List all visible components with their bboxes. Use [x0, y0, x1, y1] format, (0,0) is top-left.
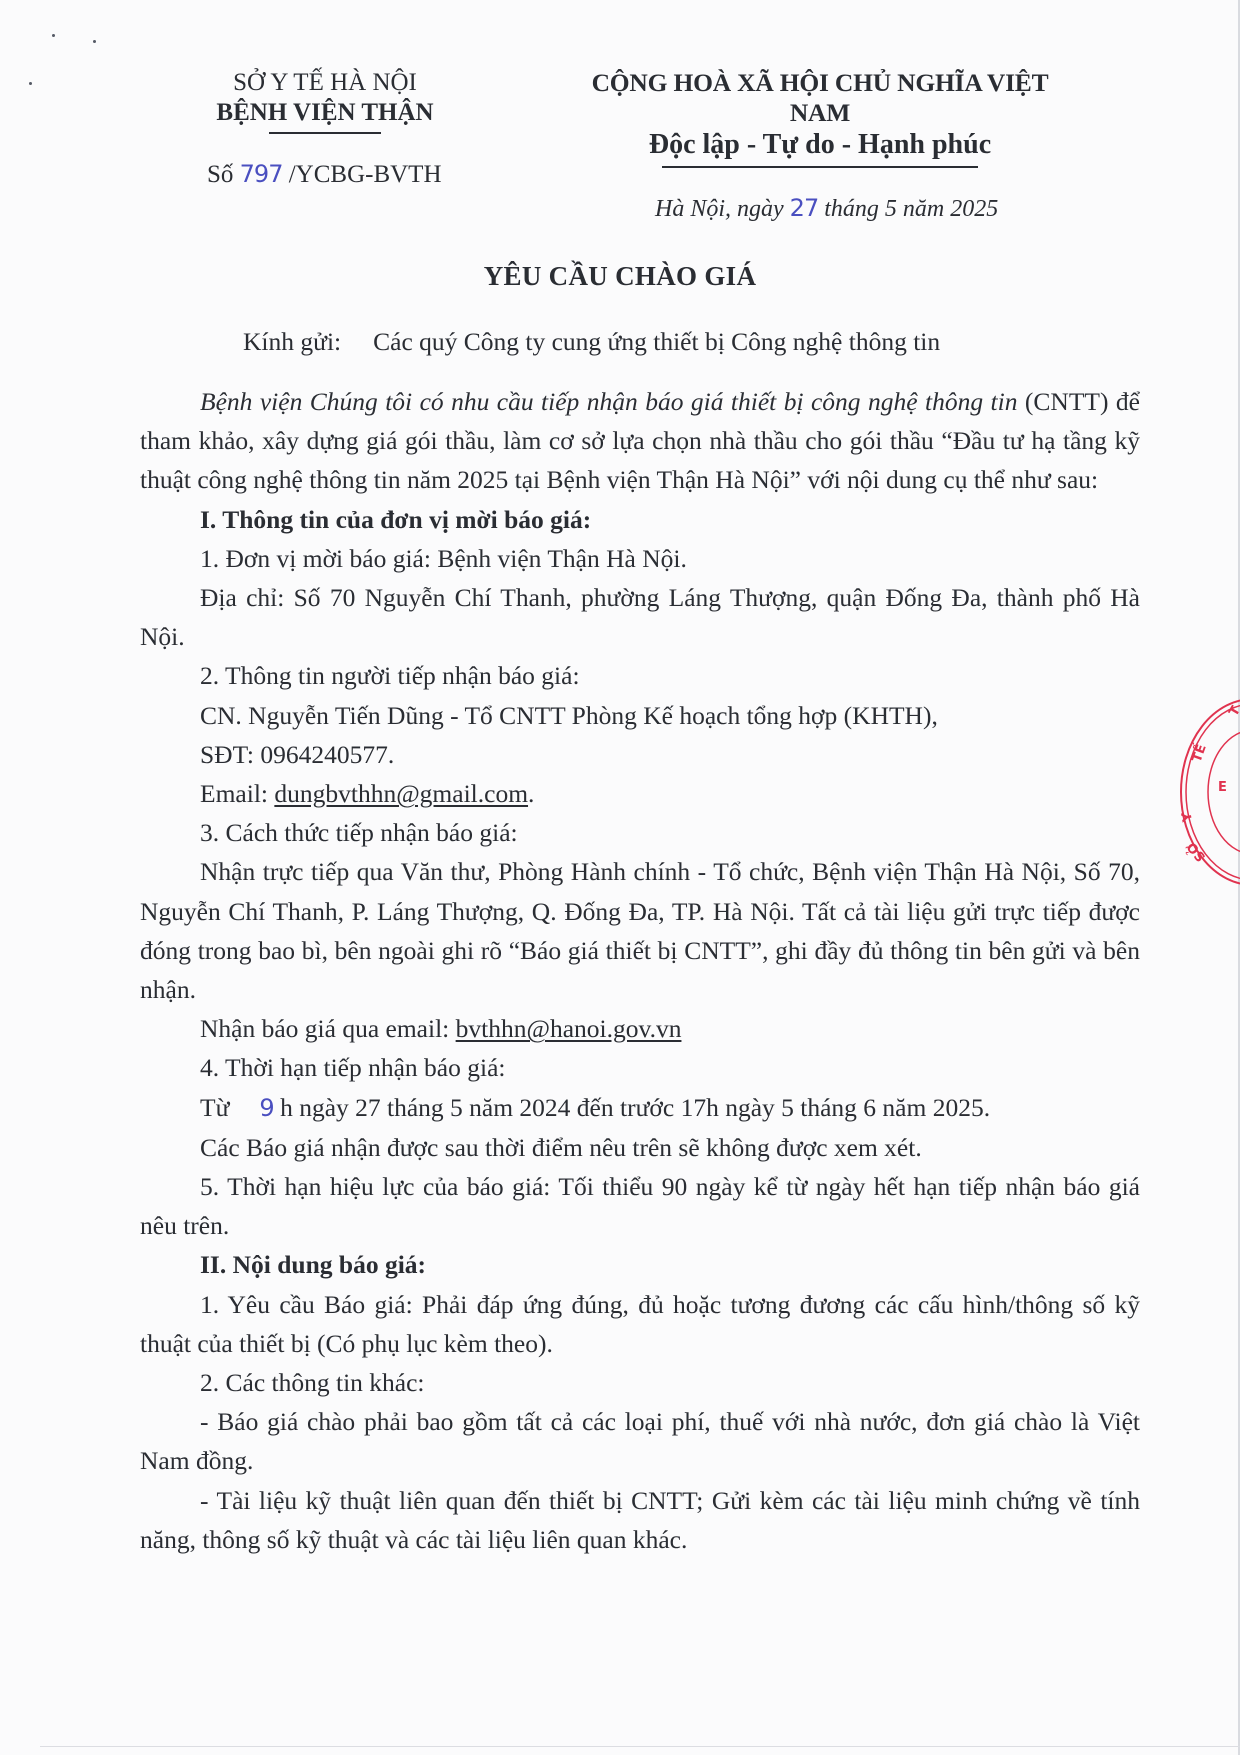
section2-bullet1: - Báo giá chào phải bao gồm tất cả các l… — [140, 1402, 1140, 1480]
document-title: YÊU CẦU CHÀO GIÁ — [0, 261, 1240, 292]
scan-speck — [29, 82, 32, 85]
intro-lead: Bệnh viện Chúng tôi có nhu cầu tiếp nhận… — [200, 387, 1017, 416]
period-hour-handwritten: 9 — [259, 1094, 273, 1122]
section1-address: Địa chỉ: Số 70 Nguyễn Chí Thanh, phường … — [140, 578, 1140, 656]
contact-email-link[interactable]: dungbvthhn@gmail.com — [274, 779, 528, 808]
header-right-underline — [662, 166, 978, 168]
recipient-line: Kính gửi:Các quý Công ty cung ứng thiết … — [243, 326, 940, 358]
period-rest: h ngày 27 tháng 5 năm 2024 đến trước 17h… — [280, 1093, 990, 1122]
header-national-block: CỘNG HOÀ XÃ HỘI CHỦ NGHĨA VIỆT NAM Độc l… — [560, 68, 1080, 168]
receive-direct: Nhận trực tiếp qua Văn thư, Phòng Hành c… — [140, 852, 1140, 1009]
intro-paragraph: Bệnh viện Chúng tôi có nhu cầu tiếp nhận… — [140, 382, 1140, 500]
doc-number-handwritten: 797 — [240, 160, 283, 188]
email-period: . — [528, 779, 534, 808]
section2-heading: II. Nội dung báo giá: — [140, 1245, 1140, 1284]
recipient-label: Kính gửi: — [243, 327, 341, 356]
recipient-value: Các quý Công ty cung ứng thiết bị Công n… — [373, 327, 940, 356]
date-prefix: Hà Nội, ngày — [655, 196, 784, 222]
receive-email-line: Nhận báo giá qua email: bvthhn@hanoi.gov… — [140, 1009, 1140, 1048]
svg-text:E: E — [1218, 780, 1227, 795]
doc-number-suffix: /YCBG-BVTH — [289, 161, 442, 188]
header-authority: SỞ Y TẾ HÀ NỘI — [195, 68, 455, 98]
contact-person: CN. Nguyễn Tiến Dũng - Tổ CNTT Phòng Kế … — [140, 696, 1140, 735]
receive-email-label: Nhận báo giá qua email: — [200, 1014, 449, 1043]
document-body: Bệnh viện Chúng tôi có nhu cầu tiếp nhận… — [140, 382, 1140, 1559]
receive-email-link[interactable]: bvthhn@hanoi.gov.vn — [456, 1014, 682, 1043]
date-day-handwritten: 27 — [790, 194, 819, 222]
section2-item1: 1. Yêu cầu Báo giá: Phải đáp ứng đúng, đ… — [140, 1285, 1140, 1363]
contact-email-line: Email: dungbvthhn@gmail.com. — [140, 774, 1140, 813]
section2-bullet2: - Tài liệu kỹ thuật liên quan đến thiết … — [140, 1481, 1140, 1559]
header-agency-block: SỞ Y TẾ HÀ NỘI BỆNH VIỆN THẬN — [195, 68, 455, 134]
header-organization: BỆNH VIỆN THẬN — [195, 98, 455, 128]
section1-heading: I. Thông tin của đơn vị mời báo giá: — [140, 500, 1140, 539]
scan-speck — [52, 34, 55, 37]
scan-speck — [93, 40, 96, 43]
period-from: Từ — [200, 1093, 229, 1122]
late-note: Các Báo giá nhận được sau thời điểm nêu … — [140, 1128, 1140, 1167]
page-bottom-edge — [40, 1746, 1240, 1747]
section1-item2: 2. Thông tin người tiếp nhận báo giá: — [140, 656, 1140, 695]
header-motto: Độc lập - Tự do - Hạnh phúc — [560, 128, 1080, 162]
header-nation: CỘNG HOÀ XÃ HỘI CHỦ NGHĨA VIỆT NAM — [560, 68, 1080, 128]
section1-item3: 3. Cách thức tiếp nhận báo giá: — [140, 813, 1140, 852]
contact-phone: SĐT: 0964240577. — [140, 735, 1140, 774]
section1-item4: 4. Thời hạn tiếp nhận báo giá: — [140, 1048, 1140, 1087]
section1-item5: 5. Thời hạn hiệu lực của báo giá: Tối th… — [140, 1167, 1140, 1245]
svg-text:Y: Y — [1179, 810, 1196, 823]
svg-text:SỞ: SỞ — [1182, 838, 1209, 865]
document-number: Số 797 /YCBG-BVTH — [207, 159, 442, 190]
receive-period: Từ9 h ngày 27 tháng 5 năm 2024 đến trước… — [140, 1088, 1140, 1128]
section1-item1: 1. Đơn vị mời báo giá: Bệnh viện Thận Hà… — [140, 539, 1140, 578]
document-date: Hà Nội, ngày 27 tháng 5 năm 2025 — [655, 193, 998, 224]
official-stamp-icon: T TẾ E Y SỞ — [1178, 697, 1240, 887]
doc-number-prefix: Số — [207, 161, 233, 188]
date-rest: tháng 5 năm 2025 — [824, 196, 998, 222]
svg-text:TẾ: TẾ — [1188, 742, 1210, 765]
email-label: Email: — [200, 779, 268, 808]
header-left-underline — [269, 132, 381, 134]
section2-item2: 2. Các thông tin khác: — [140, 1363, 1140, 1402]
